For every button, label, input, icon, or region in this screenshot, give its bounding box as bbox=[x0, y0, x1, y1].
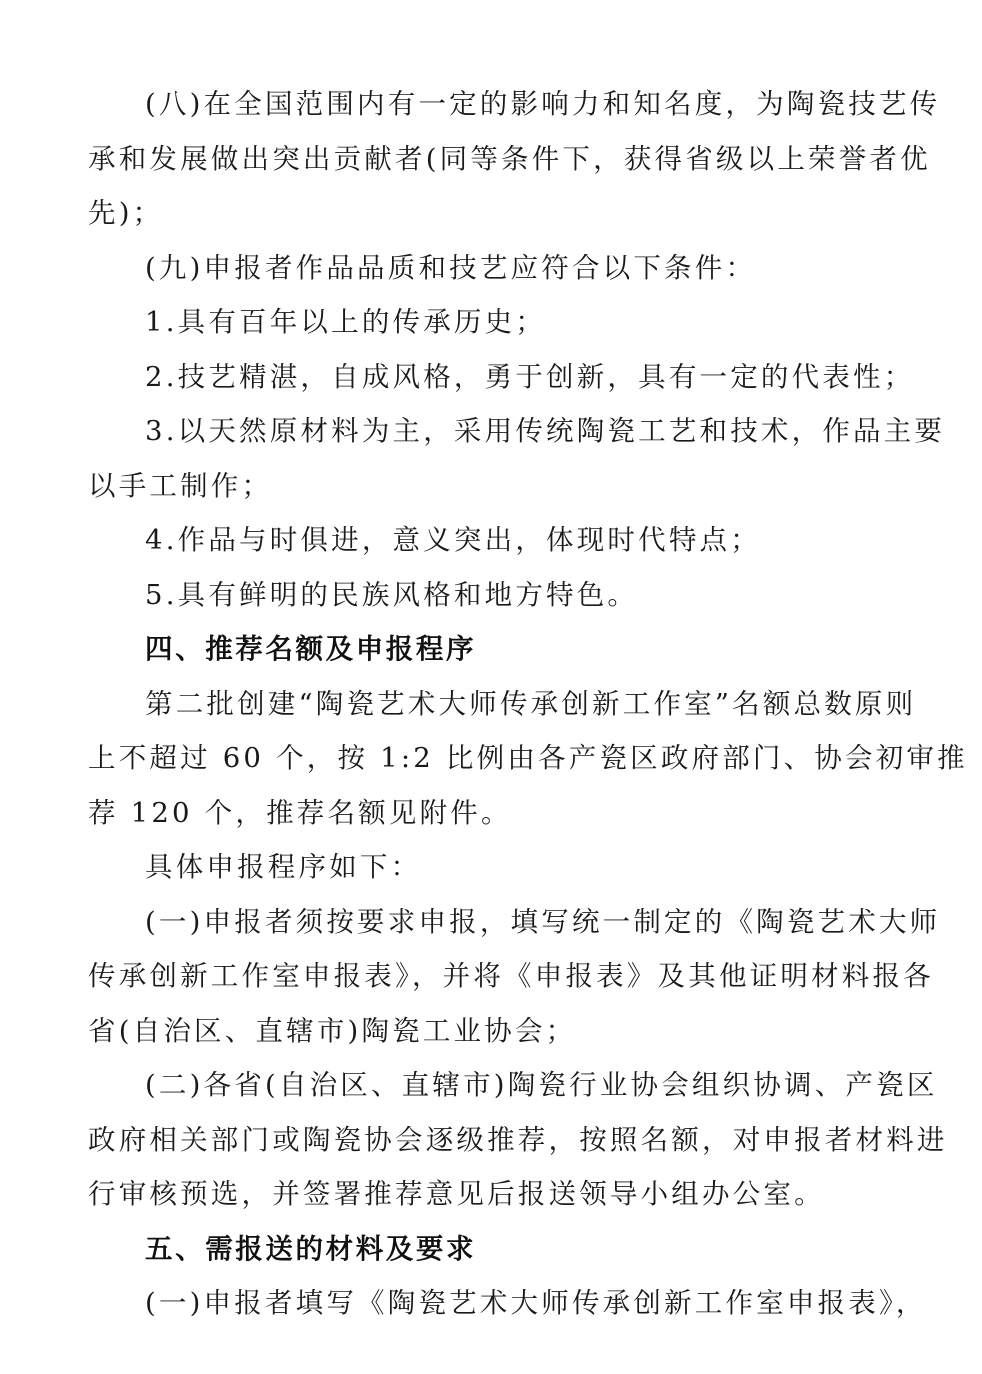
quota-paragraph-line-1: 第二批创建“陶瓷艺术大师传承创新工作室”名额总数原则 bbox=[145, 684, 916, 724]
paragraph-item-9: (九)申报者作品品质和技艺应符合以下条件： bbox=[145, 248, 756, 288]
materials-item-1: (一)申报者填写《陶瓷艺术大师传承创新工作室申报表》， bbox=[145, 1283, 927, 1323]
list-item-2: 2.技艺精湛，自成风格，勇于创新，具有一定的代表性； bbox=[145, 357, 914, 397]
procedure-intro: 具体申报程序如下： bbox=[145, 847, 421, 887]
section-heading-5: 五、需报送的材料及要求 bbox=[145, 1229, 476, 1269]
list-item-3-line-2: 以手工制作； bbox=[88, 466, 272, 506]
paragraph-item-8-line-2: 承和发展做出突出贡献者(同等条件下，获得省级以上荣誉者优 bbox=[88, 139, 931, 179]
procedure-step-1-line-1: (一)申报者须按要求申报，填写统一制定的《陶瓷艺术大师 bbox=[145, 902, 940, 942]
procedure-step-2-line-2: 政府相关部门或陶瓷协会逐级推荐，按照名额，对申报者材料进 bbox=[88, 1120, 948, 1160]
paragraph-item-8-line-3: 先)； bbox=[88, 193, 163, 233]
procedure-step-2-line-1: (二)各省(自治区、直辖市)陶瓷行业协会组织协调、产瓷区 bbox=[145, 1065, 938, 1105]
procedure-step-2-line-3: 行审核预选，并签署推荐意见后报送领导小组办公室。 bbox=[88, 1174, 825, 1214]
quota-paragraph-line-2: 上不超过 60 个，按 1:2 比例由各产瓷区政府部门、协会初审推 bbox=[88, 738, 968, 778]
procedure-step-1-line-3: 省(自治区、直辖市)陶瓷工业协会； bbox=[88, 1011, 576, 1051]
list-item-4: 4.作品与时俱进，意义突出，体现时代特点； bbox=[145, 520, 761, 560]
section-heading-4: 四、推荐名额及申报程序 bbox=[145, 629, 476, 669]
list-item-3-line-1: 3.以天然原材料为主，采用传统陶瓷工艺和技术，作品主要 bbox=[145, 411, 945, 451]
quota-paragraph-line-3: 荐 120 个，推荐名额见附件。 bbox=[88, 793, 512, 833]
document-page: (八)在全国范围内有一定的影响力和知名度，为陶瓷技艺传 承和发展做出突出贡献者(… bbox=[0, 0, 982, 1374]
list-item-5: 5.具有鲜明的民族风格和地方特色。 bbox=[145, 575, 638, 615]
paragraph-item-8-line-1: (八)在全国范围内有一定的影响力和知名度，为陶瓷技艺传 bbox=[145, 84, 940, 124]
procedure-step-1-line-2: 传承创新工作室申报表》，并将《申报表》及其他证明材料报各 bbox=[88, 956, 934, 996]
list-item-1: 1.具有百年以上的传承历史； bbox=[145, 302, 546, 342]
